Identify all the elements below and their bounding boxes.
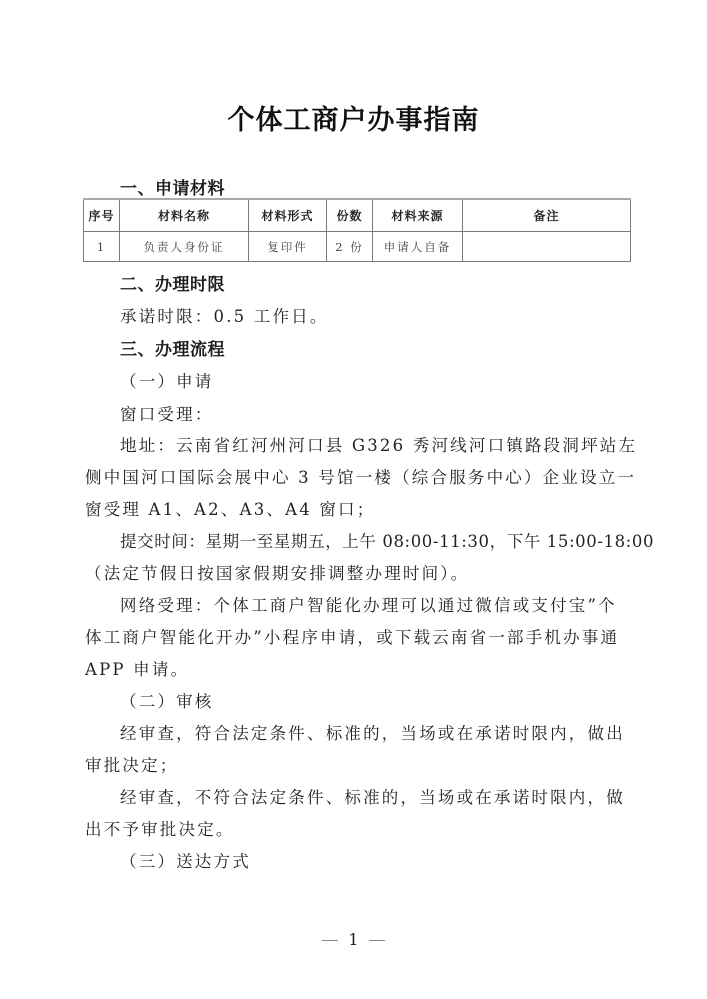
time-limit-text: 承诺时限：0.5 工作日。 (120, 303, 329, 327)
submit-time-line: （法定节假日按国家假期安排调整办理时间）。 (85, 560, 469, 584)
table-header-cell: 材料名称 (120, 199, 249, 232)
table-header-cell: 材料形式 (249, 199, 327, 232)
subheading-delivery: （三）送达方式 (120, 848, 251, 872)
review-reject-line: 出不予审批决定。 (85, 816, 235, 840)
table-cell: 复印件 (249, 232, 327, 262)
table-header-row: 序号 材料名称 材料形式 份数 材料来源 备注 (84, 199, 631, 232)
online-line: 体工商户智能化开办”小程序申请，或下载云南省一部手机办事通 (85, 624, 619, 648)
section-heading-process: 三、办理流程 (120, 335, 225, 360)
address-line: 地址：云南省红河州河口县 G326 秀河线河口镇路段洞坪站左 (120, 432, 637, 456)
table-header-cell: 序号 (84, 199, 120, 232)
address-line: 窗受理 A1、A2、A3、A4 窗口； (85, 496, 375, 520)
table-header-cell: 备注 (463, 199, 631, 232)
table-cell (463, 232, 631, 262)
document-page: 个体工商户办事指南 一、申请材料 序号 材料名称 材料形式 份数 材料来源 备注… (0, 0, 707, 999)
dash-left (322, 940, 338, 942)
table-cell: 2 份 (327, 232, 373, 262)
window-label: 窗口受理： (120, 401, 214, 425)
subheading-review: （二）审核 (120, 688, 214, 712)
page-title: 个体工商户办事指南 (0, 98, 707, 137)
table-header-cell: 材料来源 (373, 199, 463, 232)
review-approve-line: 经审查，符合法定条件、标准的，当场或在承诺时限内，做出 (120, 720, 625, 744)
review-approve-line: 审批决定； (85, 752, 179, 776)
subheading-apply: （一）申请 (120, 368, 214, 392)
online-line: 网络受理：个体工商户智能化办理可以通过微信或支付宝”个 (120, 592, 617, 616)
dash-right (369, 940, 385, 942)
materials-table: 序号 材料名称 材料形式 份数 材料来源 备注 1 负责人身份证 复印件 2 份… (83, 198, 631, 262)
table-row: 1 负责人身份证 复印件 2 份 申请人自备 (84, 232, 631, 262)
submit-time-line: 提交时间：星期一至星期五，上午 08:00-11:30，下午 15:00-18:… (120, 528, 654, 552)
address-line: 侧中国河口国际会展中心 3 号馆一楼（综合服务中心）企业设立一 (85, 464, 636, 488)
table-cell: 1 (84, 232, 120, 262)
page-number-value: 1 (348, 930, 358, 949)
review-reject-line: 经审查，不符合法定条件、标准的，当场或在承诺时限内，做 (120, 784, 625, 808)
page-number: 1 (0, 930, 707, 949)
table-cell: 申请人自备 (373, 232, 463, 262)
online-line: APP 申请。 (85, 656, 189, 680)
section-heading-time-limit: 二、办理时限 (120, 270, 225, 295)
table-header-cell: 份数 (327, 199, 373, 232)
table-cell: 负责人身份证 (120, 232, 249, 262)
section-heading-materials: 一、申请材料 (120, 174, 225, 199)
